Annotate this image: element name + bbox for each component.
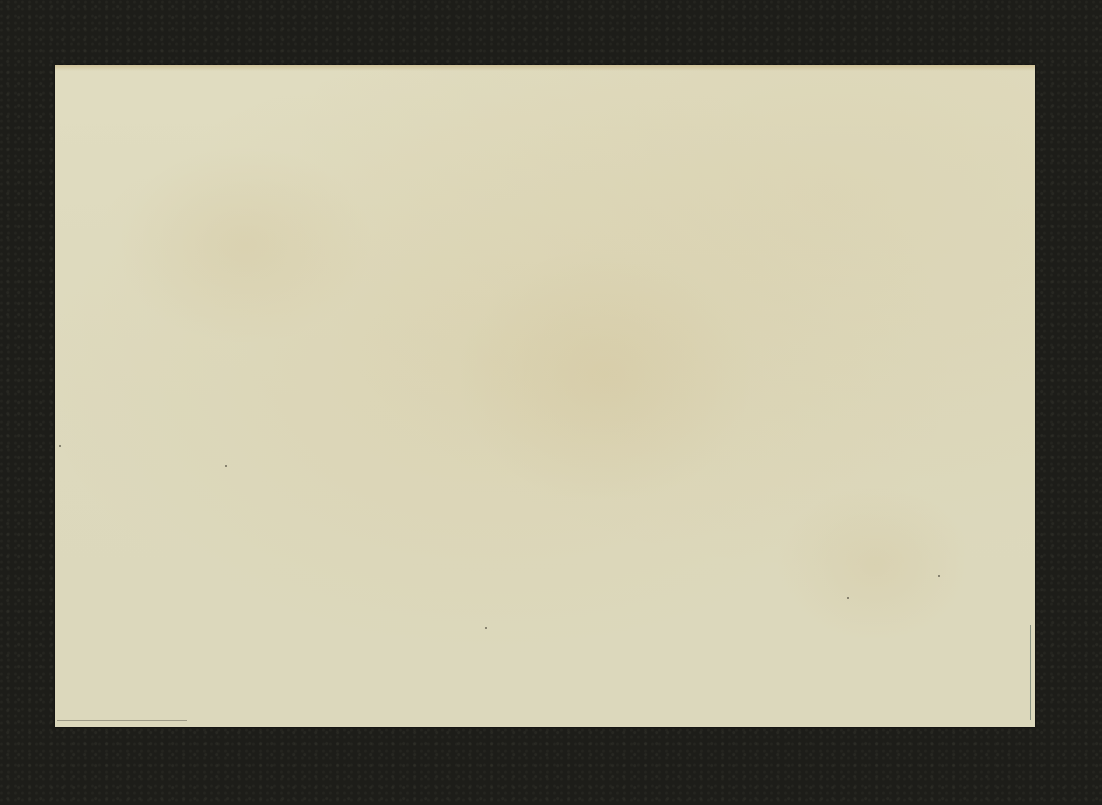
paper-speck	[938, 575, 940, 577]
paper-speck	[485, 627, 487, 629]
blank-paper-card	[55, 65, 1035, 727]
card-edge-line	[1030, 625, 1031, 720]
paper-stain	[775, 485, 975, 645]
card-edge-line	[57, 720, 187, 721]
paper-speck	[225, 465, 227, 467]
paper-speck	[847, 597, 849, 599]
paper-stain	[455, 245, 755, 505]
paper-stain	[115, 145, 375, 345]
paper-speck	[59, 445, 61, 447]
